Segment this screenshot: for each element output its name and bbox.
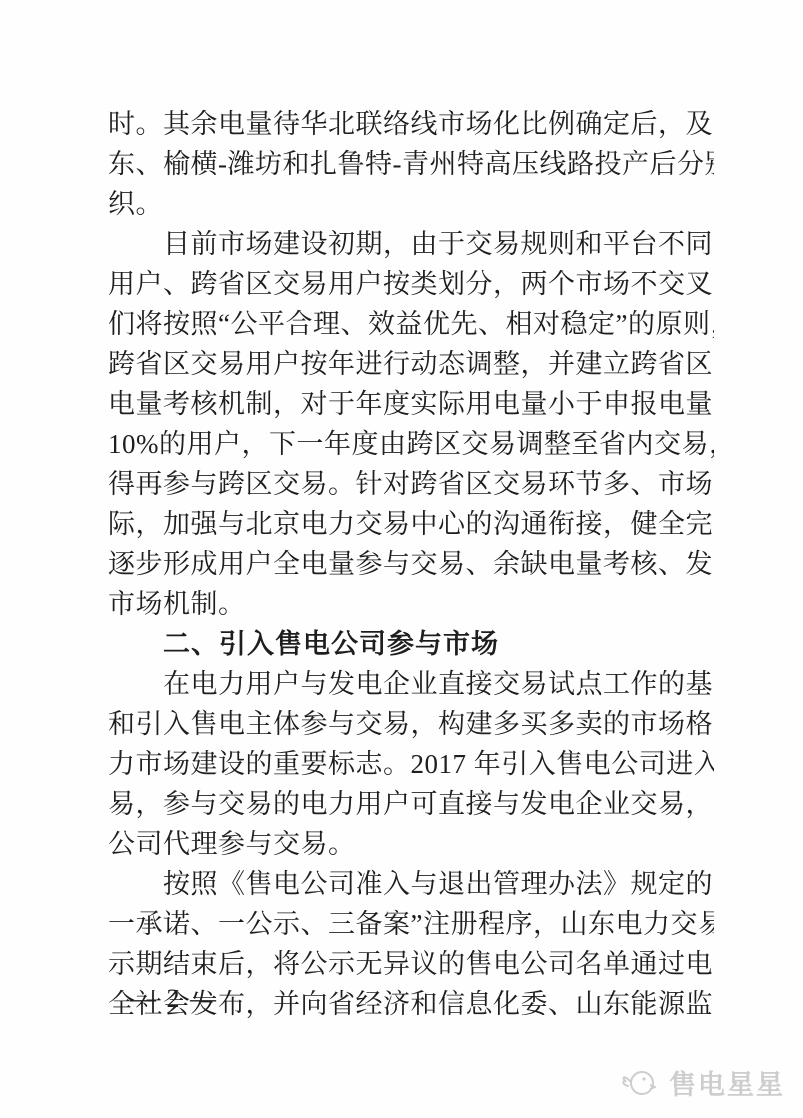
text-line: 示期结束后，将公示无异议的售电公司名单通过电力交易平台对 <box>108 944 714 984</box>
text-line: 按照《售电公司准入与退出管理办法》规定的“一注册、 <box>108 864 714 904</box>
text-line: 力市场建设的重要标志。2017 年引入售电公司进入市场参与交 <box>108 744 714 784</box>
text-line: 目前市场建设初期，由于交易规则和平台不同，省内交易 <box>108 224 714 264</box>
document-text-block: 时。其余电量待华北联络线市场化比例确定后，及上海庙-山 东、榆横-潍坊和扎鲁特-… <box>108 104 714 1024</box>
text-line: 得再参与跨区交易。针对跨省区交易环节多、市场成员复杂等实 <box>108 464 714 504</box>
text-line: 在电力用户与发电企业直接交易试点工作的基础上，培育 <box>108 664 714 704</box>
section-heading: 二、引入售电公司参与市场 <box>108 624 714 664</box>
text-line: 东、榆横-潍坊和扎鲁特-青州特高压线路投产后分别另行组 <box>108 144 714 184</box>
text-line: 时。其余电量待华北联络线市场化比例确定后，及上海庙-山 <box>108 104 714 144</box>
text-line: 织。 <box>108 184 714 224</box>
text-line: 公司代理参与交易。 <box>108 824 714 864</box>
text-line: 市场机制。 <box>108 584 714 624</box>
text-line: 电量考核机制，对于年度实际用电量小于申报电量、偏差超过 <box>108 384 714 424</box>
text-line: 逐步形成用户全电量参与交易、余缺电量考核、发用协同联动的 <box>108 544 714 584</box>
text-line: 和引入售电主体参与交易，构建多买多卖的市场格局，是启动电 <box>108 704 714 744</box>
text-line: 易，参与交易的电力用户可直接与发电企业交易，也可选择售电 <box>108 784 714 824</box>
page-number: — 2 — <box>130 984 218 1014</box>
bird-icon <box>620 1067 660 1099</box>
watermark-logo: 售电星星 <box>620 1063 785 1102</box>
text-line: 用户、跨省区交易用户按类划分，两个市场不交叉开展交易。我 <box>108 264 714 304</box>
text-line: 跨省区交易用户按年进行动态调整，并建立跨省区交易用户余缺 <box>108 344 714 384</box>
text-line: 10%的用户，下一年度由跨区交易调整至省内交易，且两年内不 <box>108 424 714 464</box>
text-line: 际，加强与北京电力交易中心的沟通衔接，健全完善交易机制， <box>108 504 714 544</box>
text-line: 们将按照“公平合理、效益优先、相对稳定”的原则，对参与 <box>108 304 714 344</box>
document-page: 时。其余电量待华北联络线市场化比例确定后，及上海庙-山 东、榆横-潍坊和扎鲁特-… <box>0 0 803 1118</box>
watermark-text: 售电星星 <box>669 1063 785 1102</box>
text-line: 一承诺、一公示、三备案”注册程序，山东电力交易中心在公 <box>108 904 714 944</box>
